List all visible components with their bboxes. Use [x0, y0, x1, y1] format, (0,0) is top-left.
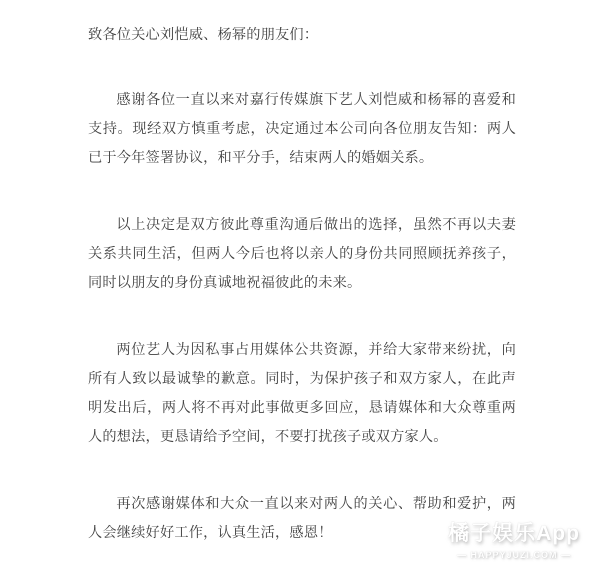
paragraph-closing-gratitude: 再次感谢媒体和大众一直以来对两人的关心、帮助和爱护，两人会继续好好工作，认真生活… [88, 490, 516, 548]
announcement-document: 致各位关心刘恺威、杨幂的朋友们： 感谢各位一直以来对嘉行传媒旗下艺人刘恺威和杨幂… [88, 21, 516, 548]
watermark-site-url: — HAPPYJUZI.COM — [436, 550, 592, 560]
salutation-line: 致各位关心刘恺威、杨幂的朋友们： [88, 21, 516, 50]
paragraph-mutual-decision: 以上决定是双方彼此尊重沟通后做出的选择，虽然不再以夫妻关系共同生活，但两人今后也… [88, 211, 516, 298]
paragraph-apology-and-privacy-request: 两位艺人为因私事占用媒体公共资源，并给大家带来纷扰，向所有人致以最诚挚的歉意。同… [88, 336, 516, 452]
paragraph-thanks-and-divorce-notice: 感谢各位一直以来对嘉行传媒旗下艺人刘恺威和杨幂的喜爱和支持。现经双方慎重考虑，决… [88, 86, 516, 173]
